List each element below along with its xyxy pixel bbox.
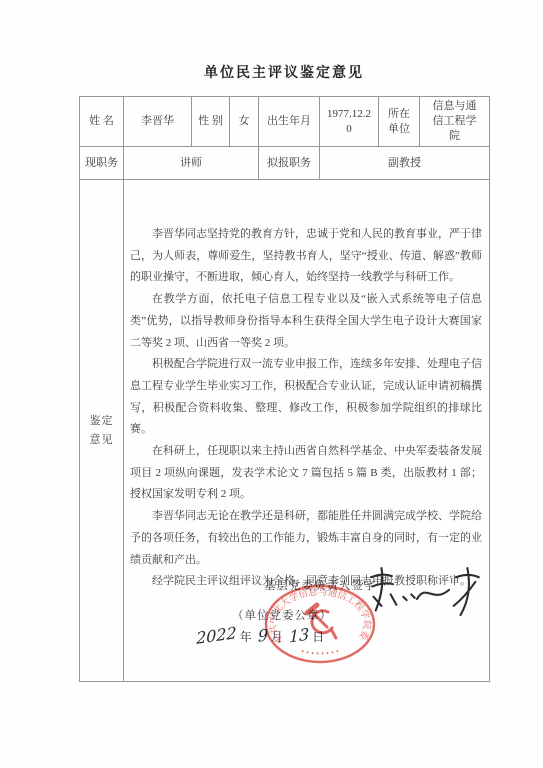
opinion-cell: 李晋华同志坚持党的教育方针，忠诚于党和人民的教育事业，严于律己，为人师表，尊师爱… bbox=[124, 180, 490, 682]
table-row: 姓 名 李晋华 性 别 女 出生年月 1977.12.20 所在单位 信息与通信… bbox=[80, 97, 490, 147]
opinion-paragraph: 李晋华同志坚持党的教育方针，忠诚于党和人民的教育事业，严于律己，为人师表，尊师爱… bbox=[130, 224, 482, 289]
opinion-paragraph: 在科研上，任现职以来主持山西省自然科学基金、中央军委装备发展项目 2 项纵向课题… bbox=[130, 441, 482, 506]
current-position-value: 讲师 bbox=[124, 147, 259, 180]
document-title: 单位民主评议鉴定意见 bbox=[79, 62, 489, 82]
unit-label: 所在单位 bbox=[379, 97, 420, 147]
party-committee-seal-stamp: 中共中北大学信息与通信工程学院委员会 bbox=[262, 582, 378, 666]
gender-label: 性 别 bbox=[192, 97, 230, 147]
opinion-paragraph: 在教学方面，依托电子信息工程专业以及“嵌入式系统等电子信息类”优势，以指导教师身… bbox=[130, 289, 482, 354]
scanned-document-page: 单位民主评议鉴定意见 姓 名 李晋华 性 别 女 出生年月 1977.12.20… bbox=[0, 0, 543, 768]
opinion-label-text: 鉴定意见 bbox=[90, 412, 114, 450]
name-value: 李晋华 bbox=[124, 97, 192, 147]
opinion-label: 鉴定意见 bbox=[80, 180, 124, 682]
seal-ring-text: 中共中北大学信息与通信工程学院委员会 bbox=[262, 582, 373, 646]
table-row: 现职务 讲师 拟报职务 副教授 bbox=[80, 147, 490, 180]
unit-value: 信息与通信工程学院 bbox=[420, 97, 490, 147]
birth-label: 出生年月 bbox=[259, 97, 320, 147]
opinion-text: 李晋华同志坚持党的教育方针，忠诚于党和人民的教育事业，严于律己，为人师表，尊师爱… bbox=[124, 180, 489, 593]
handwritten-signature bbox=[362, 562, 488, 620]
opinion-paragraph: 积极配合学院进行双一流专业申报工作，连续多年安排、处理电子信息工程专业学生毕业实… bbox=[130, 354, 482, 441]
current-position-label: 现职务 bbox=[80, 147, 124, 180]
date-year-char: 年 bbox=[240, 630, 252, 645]
table-row: 鉴定意见 李晋华同志坚持党的教育方针，忠诚于党和人民的教育事业，严于律己，为人师… bbox=[80, 180, 490, 682]
seal-serial-marks bbox=[302, 651, 338, 654]
svg-text:中共中北大学信息与通信工程学院委员会: 中共中北大学信息与通信工程学院委员会 bbox=[262, 582, 373, 646]
gender-value: 女 bbox=[230, 97, 259, 147]
proposed-position-label: 拟报职务 bbox=[259, 147, 320, 180]
birth-value: 1977.12.20 bbox=[320, 97, 379, 147]
name-label: 姓 名 bbox=[80, 97, 124, 147]
proposed-position-value: 副教授 bbox=[320, 147, 490, 180]
hammer-and-sickle-icon bbox=[307, 605, 336, 638]
appraisal-form-table: 姓 名 李晋华 性 别 女 出生年月 1977.12.20 所在单位 信息与通信… bbox=[79, 96, 490, 682]
date-year: 2022 bbox=[196, 625, 236, 646]
